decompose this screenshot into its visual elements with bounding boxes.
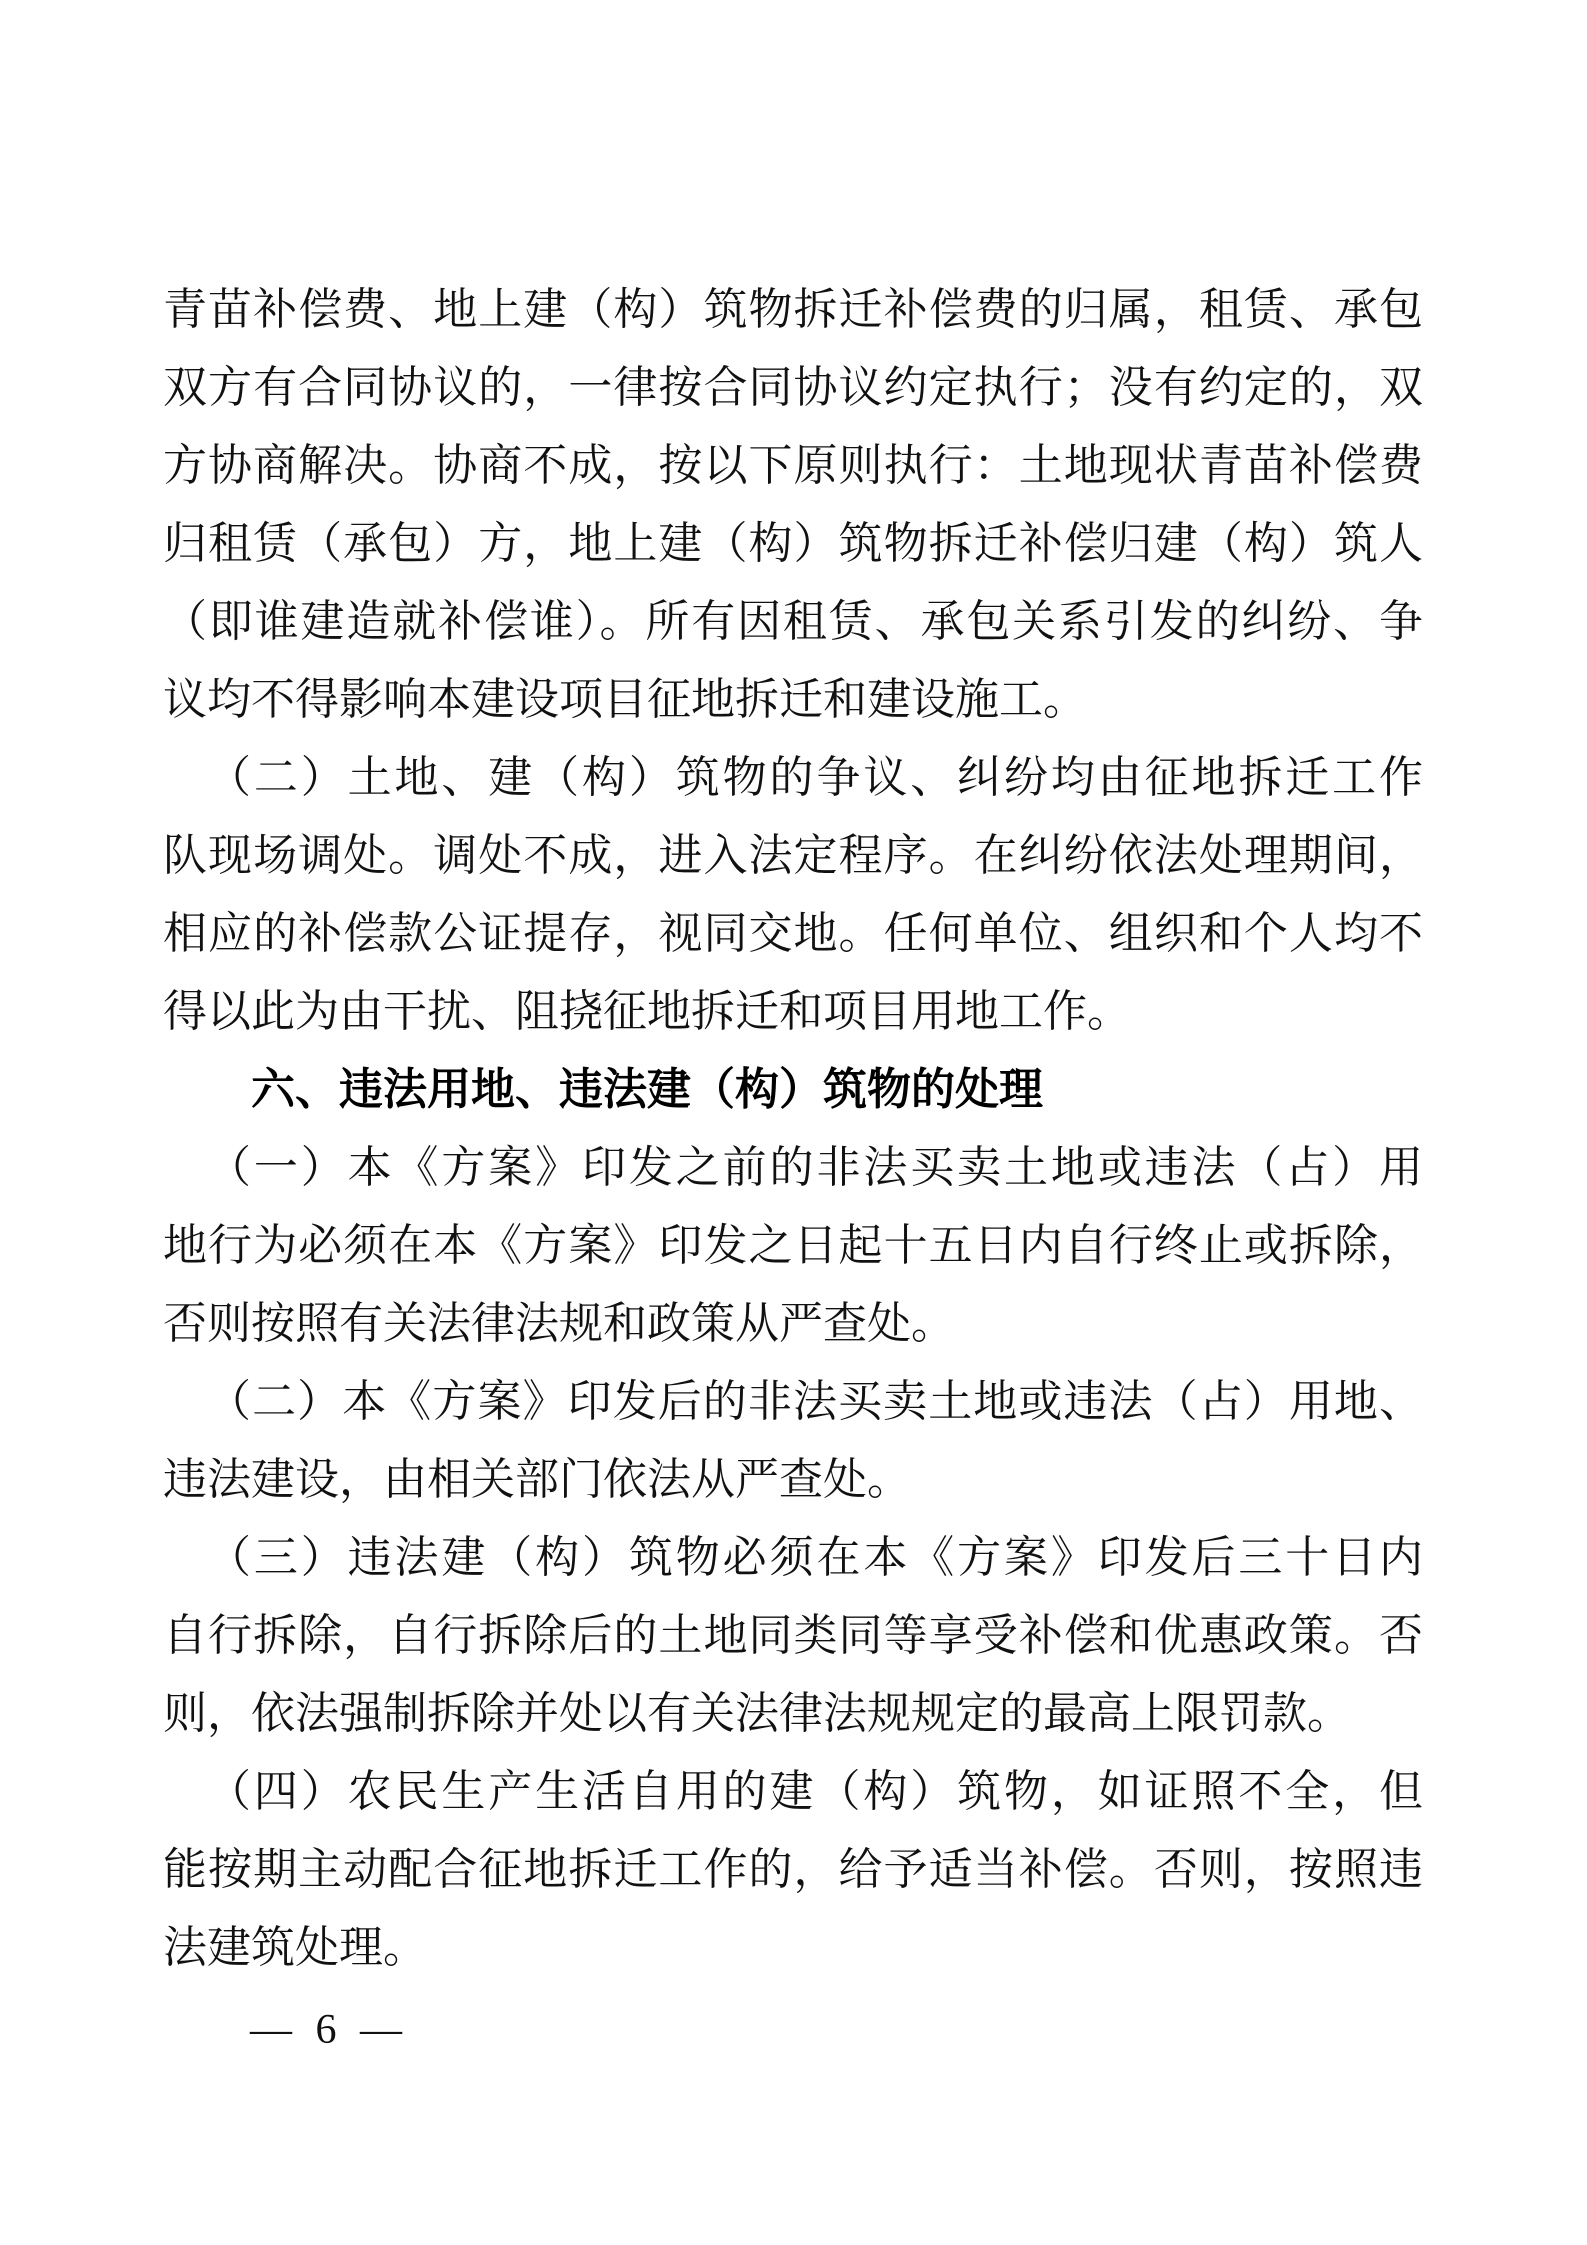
text-line: 否则按照有关法律法规和政策从严查处。 (163, 1285, 1423, 1363)
text-line: 法建筑处理。 (163, 1909, 1423, 1987)
text-line: 青苗补偿费、地上建（构）筑物拆迁补偿费的归属，租赁、承包 (163, 271, 1423, 349)
document-body: 青苗补偿费、地上建（构）筑物拆迁补偿费的归属，租赁、承包双方有合同协议的，一律按… (163, 271, 1423, 1987)
text-line: 议均不得影响本建设项目征地拆迁和建设施工。 (163, 661, 1423, 739)
text-line: 队现场调处。调处不成，进入法定程序。在纠纷依法处理期间， (163, 817, 1423, 895)
text-line: 归租赁（承包）方，地上建（构）筑物拆迁补偿归建（构）筑人 (163, 505, 1423, 583)
text-line: （四）农民生产生活自用的建（构）筑物，如证照不全，但 (163, 1753, 1423, 1831)
page-number: — 6 — (250, 2007, 402, 2053)
text-line: 地行为必须在本《方案》印发之日起十五日内自行终止或拆除， (163, 1207, 1423, 1285)
text-line: 方协商解决。协商不成，按以下原则执行：土地现状青苗补偿费 (163, 427, 1423, 505)
text-line: 违法建设，由相关部门依法从严查处。 (163, 1441, 1423, 1519)
text-line: （即谁建造就补偿谁）。所有因租赁、承包关系引发的纠纷、争 (163, 583, 1423, 661)
text-line: （三）违法建（构）筑物必须在本《方案》印发后三十日内 (163, 1519, 1423, 1597)
text-line: 自行拆除，自行拆除后的土地同类同等享受补偿和优惠政策。否 (163, 1597, 1423, 1675)
document-page: 青苗补偿费、地上建（构）筑物拆迁补偿费的归属，租赁、承包双方有合同协议的，一律按… (0, 0, 1587, 2245)
text-line: （一）本《方案》印发之前的非法买卖土地或违法（占）用 (163, 1129, 1423, 1207)
text-line: 能按期主动配合征地拆迁工作的，给予适当补偿。否则，按照违 (163, 1831, 1423, 1909)
text-line: 得以此为由干扰、阻挠征地拆迁和项目用地工作。 (163, 973, 1423, 1051)
page-footer: — 6 — (250, 2000, 402, 2060)
text-line: 则，依法强制拆除并处以有关法律法规规定的最高上限罚款。 (163, 1675, 1423, 1753)
text-line: （二）本《方案》印发后的非法买卖土地或违法（占）用地、 (163, 1363, 1423, 1441)
text-line: 相应的补偿款公证提存，视同交地。任何单位、组织和个人均不 (163, 895, 1423, 973)
section-heading: 六、违法用地、违法建（构）筑物的处理 (163, 1051, 1423, 1129)
text-line: （二）土地、建（构）筑物的争议、纠纷均由征地拆迁工作 (163, 739, 1423, 817)
text-line: 双方有合同协议的，一律按合同协议约定执行；没有约定的，双 (163, 349, 1423, 427)
